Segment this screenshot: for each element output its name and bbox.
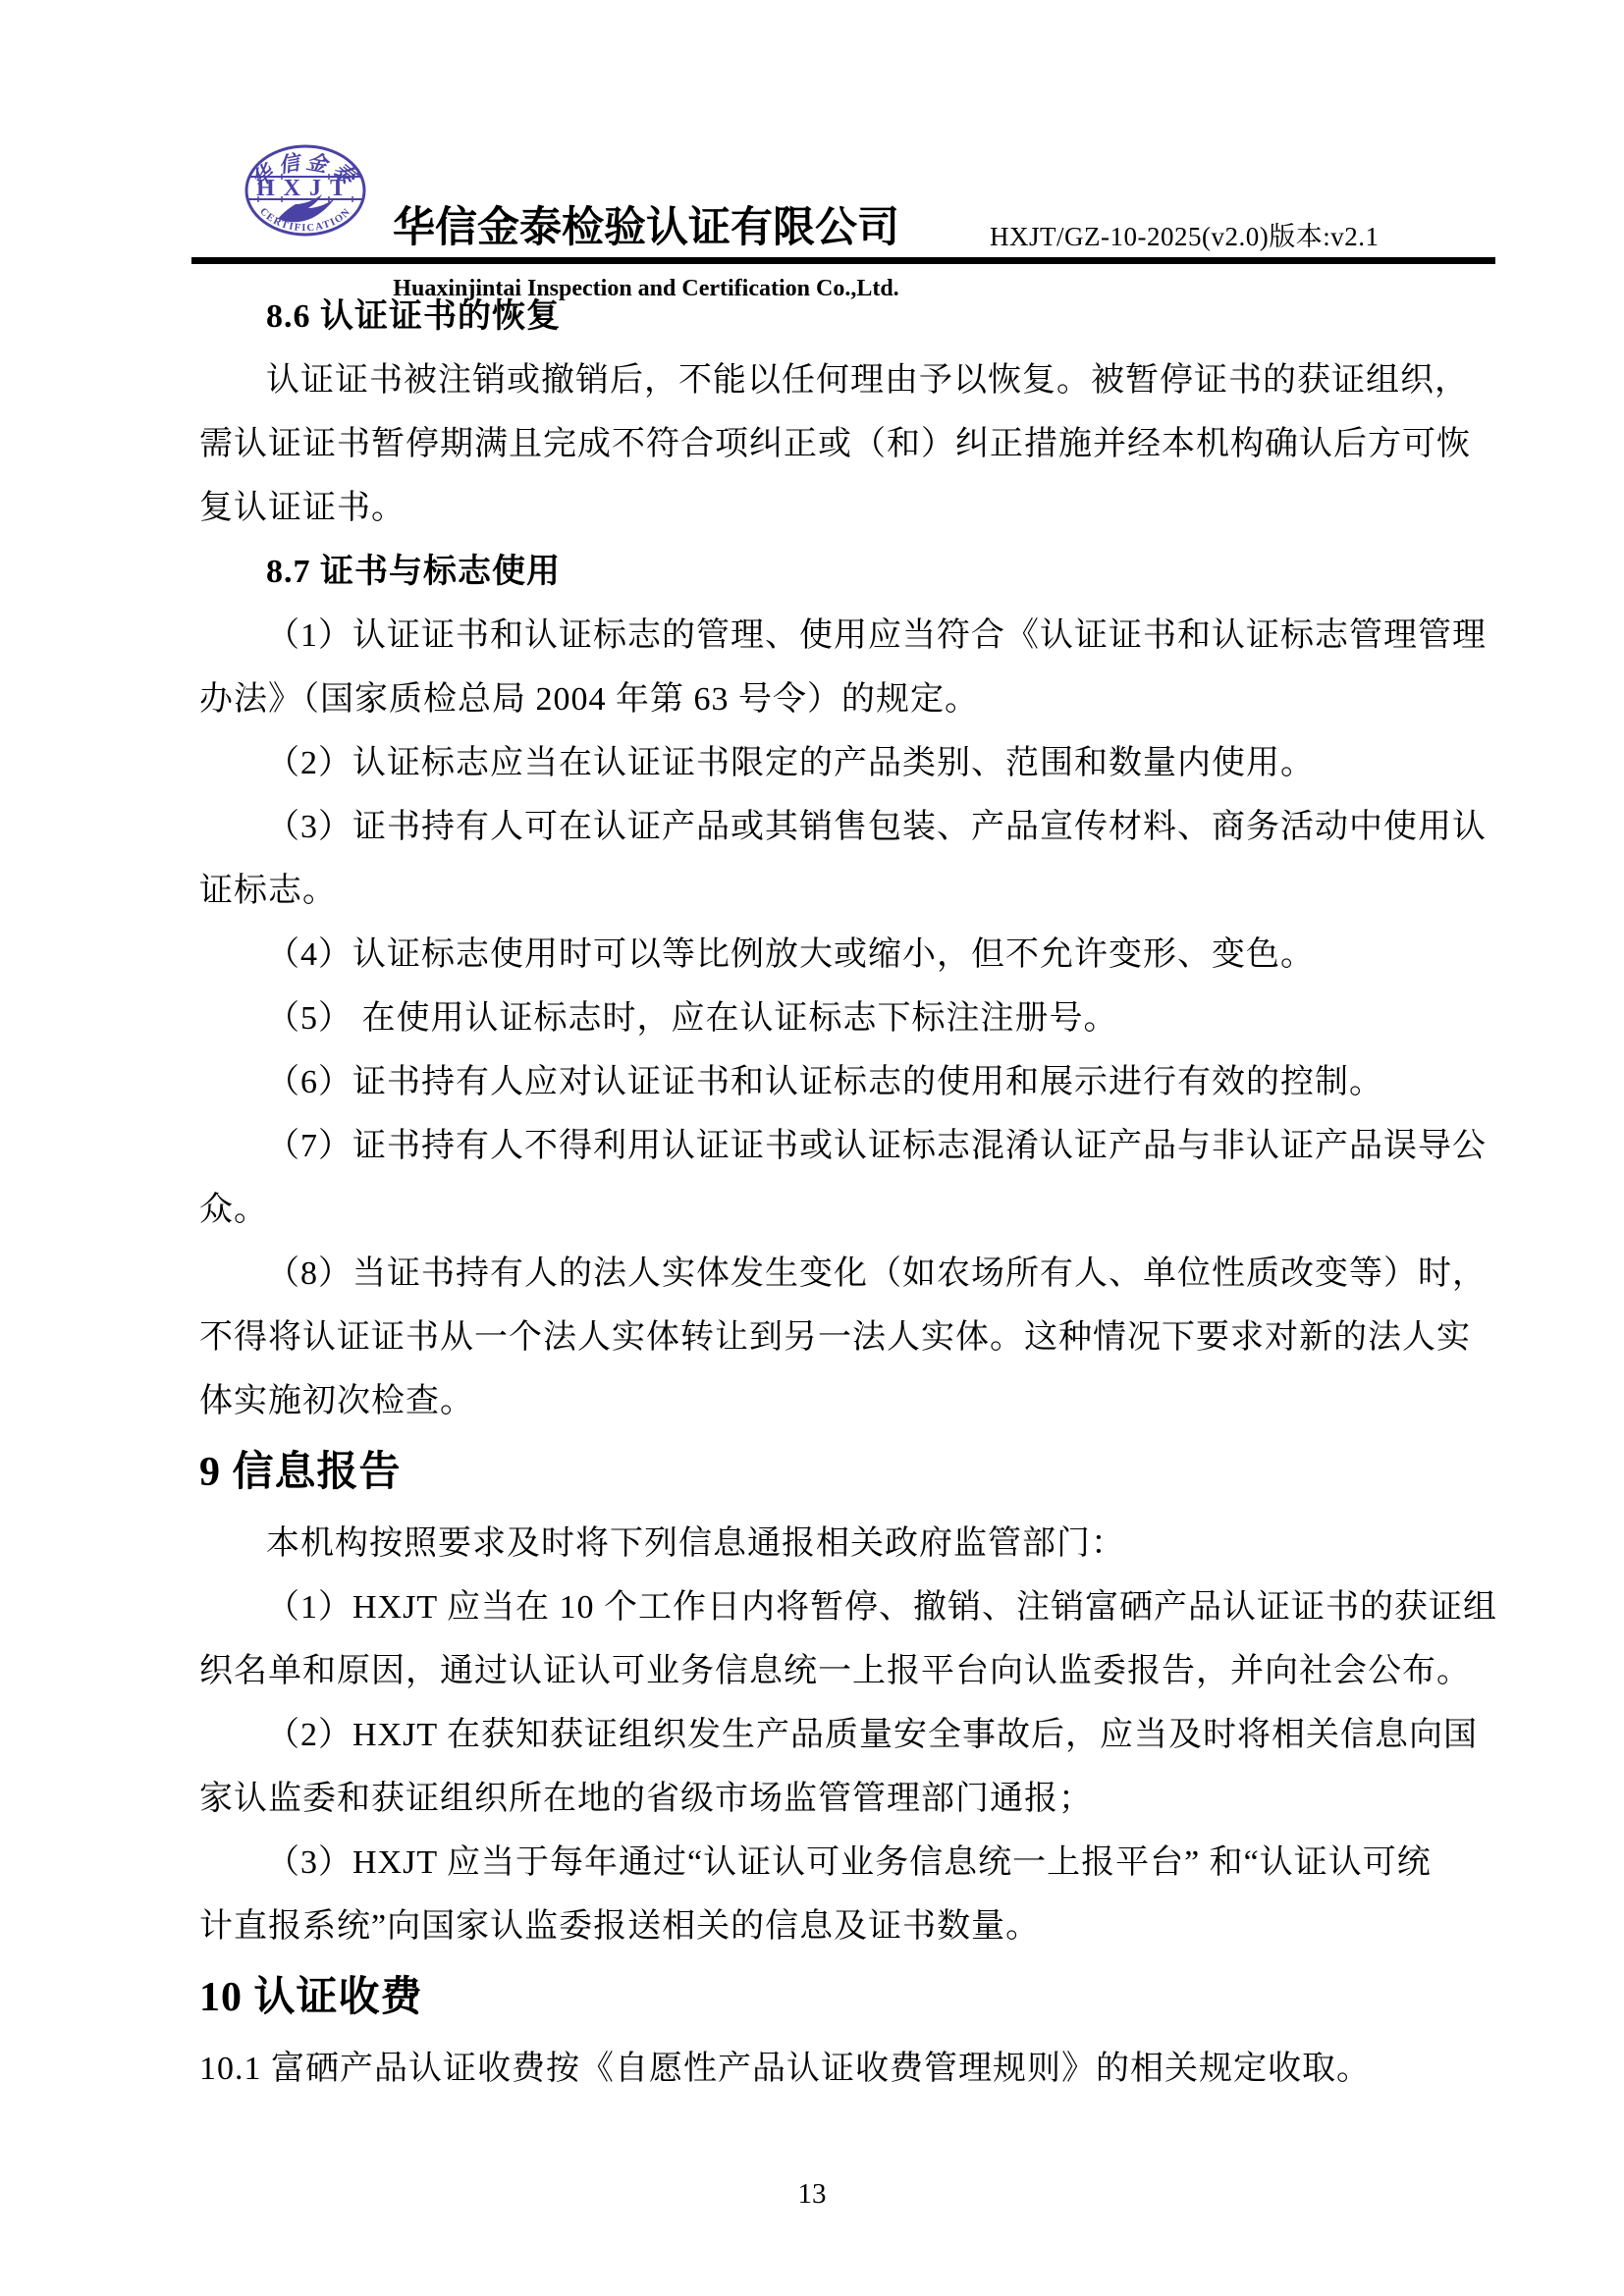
text-line: 办法》（国家质检总局 2004 年第 63 号令）的规定。: [199, 667, 1438, 731]
section-heading-8-7: 8.7 证书与标志使用: [199, 540, 1438, 604]
section-heading-10: 10 认证收费: [199, 1958, 1438, 2037]
section-heading-9: 9 信息报告: [199, 1433, 1438, 1512]
company-seal-icon: 华信金泰 HXJT CERTIFICATION: [244, 144, 366, 237]
text-line: （2）HXJT 在获知获证组织发生产品质量安全事故后，应当及时将相关信息向国: [199, 1703, 1438, 1767]
text-line: （1）HXJT 应当在 10 个工作日内将暂停、撤销、注销富硒产品认证证书的获证…: [199, 1575, 1438, 1639]
page-number: 13: [0, 2174, 1624, 2214]
company-name: 华信金泰检验认证有限公司: [391, 203, 901, 254]
text-line: 计直报系统”向国家认监委报送相关的信息及证书数量。: [199, 1895, 1438, 1958]
text-line: （3）证书持有人可在认证产品或其销售包装、产品宣传材料、商务活动中使用认: [199, 795, 1438, 859]
text-line: （3）HXJT 应当于每年通过“认证认可业务信息统一上报平台” 和“认证认可统: [199, 1831, 1438, 1895]
text-line: 认证证书被注销或撤销后，不能以任何理由予以恢复。被暂停证书的获证组织，: [199, 348, 1438, 412]
text-line: （5） 在使用认证标志时，应在认证标志下标注注册号。: [199, 987, 1438, 1050]
text-line: 体实施初次检查。: [199, 1369, 1438, 1433]
text-line: （6）证书持有人应对认证证书和认证标志的使用和展示进行有效的控制。: [199, 1050, 1438, 1114]
text-line: 需认证证书暂停期满且完成不符合项纠正或（和）纠正措施并经本机构确认后方可恢: [199, 412, 1438, 476]
header-divider: [191, 257, 1495, 264]
text-line: 证标志。: [199, 859, 1438, 923]
text-line: 复认证证书。: [199, 476, 1438, 540]
seal-abbr-text: HXJT: [256, 176, 354, 201]
text-line: （7）证书持有人不得利用认证证书或认证标志混淆认证产品与非认证产品误导公: [199, 1114, 1438, 1178]
text-line: （8）当证书持有人的法人实体发生变化（如农场所有人、单位性质改变等）时，: [199, 1242, 1438, 1306]
document-number: HXJT/GZ-10-2025(v2.0)版本:v2.1: [990, 220, 1379, 253]
document-body: 8.6 认证证书的恢复 认证证书被注销或撤销后，不能以任何理由予以恢复。被暂停证…: [199, 285, 1438, 2101]
text-line: （2）认证标志应当在认证证书限定的产品类别、范围和数量内使用。: [199, 731, 1438, 795]
text-line: 织名单和原因，通过认证认可业务信息统一上报平台向认监委报告，并向社会公布。: [199, 1639, 1438, 1703]
text-line: 不得将认证证书从一个法人实体转让到另一法人实体。这种情况下要求对新的法人实: [199, 1306, 1438, 1369]
text-line: 家认监委和获证组织所在地的省级市场监管管理部门通报；: [199, 1767, 1438, 1831]
text-line: 10.1 富硒产品认证收费按《自愿性产品认证收费管理规则》的相关规定收取。: [199, 2037, 1438, 2101]
text-line: （4）认证标志使用时可以等比例放大或缩小，但不允许变形、变色。: [199, 923, 1438, 987]
text-line: 本机构按照要求及时将下列信息通报相关政府监管部门：: [199, 1512, 1438, 1575]
text-line: （1）认证证书和认证标志的管理、使用应当符合《认证证书和认证标志管理管理: [199, 604, 1438, 667]
text-line: 众。: [199, 1178, 1438, 1242]
section-heading-8-6: 8.6 认证证书的恢复: [199, 285, 1438, 348]
